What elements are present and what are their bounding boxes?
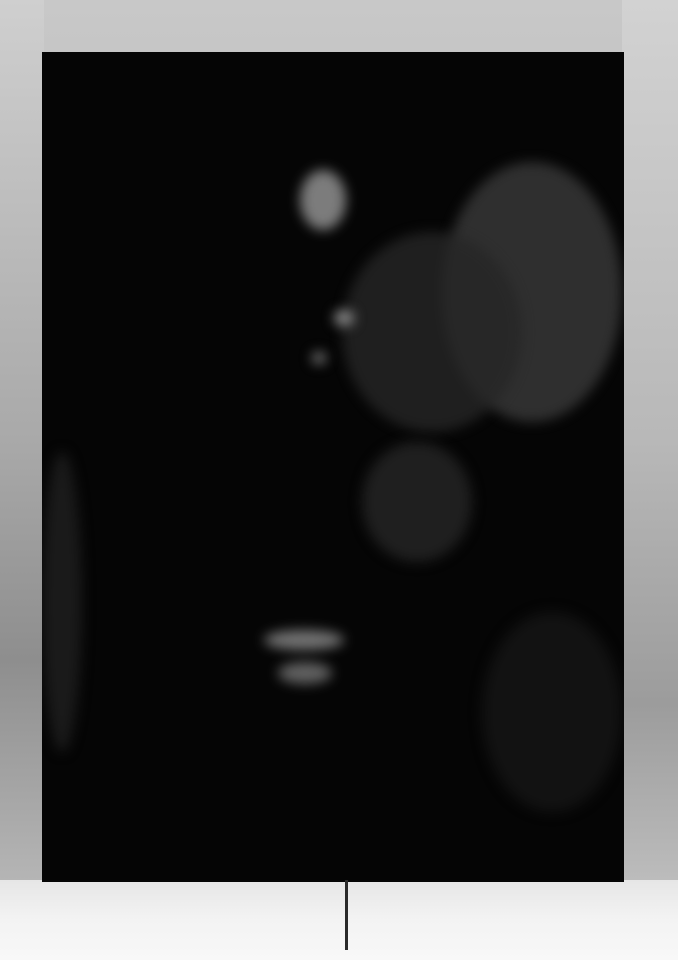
highlight-lower-center-2 xyxy=(278,662,332,684)
highlight-top-left xyxy=(300,170,346,230)
dark-painting xyxy=(42,52,624,882)
wall-right xyxy=(622,0,678,880)
texture-lower-right xyxy=(482,612,622,812)
wall-left xyxy=(0,0,44,880)
highlight-small-2 xyxy=(312,352,326,364)
floor xyxy=(0,880,678,960)
texture-center xyxy=(342,232,522,432)
texture-mid-lower xyxy=(362,442,472,562)
highlight-lower-center xyxy=(264,630,344,650)
highlight-small-1 xyxy=(334,310,354,326)
texture-left-edge xyxy=(42,452,82,752)
floor-seam xyxy=(345,880,348,950)
